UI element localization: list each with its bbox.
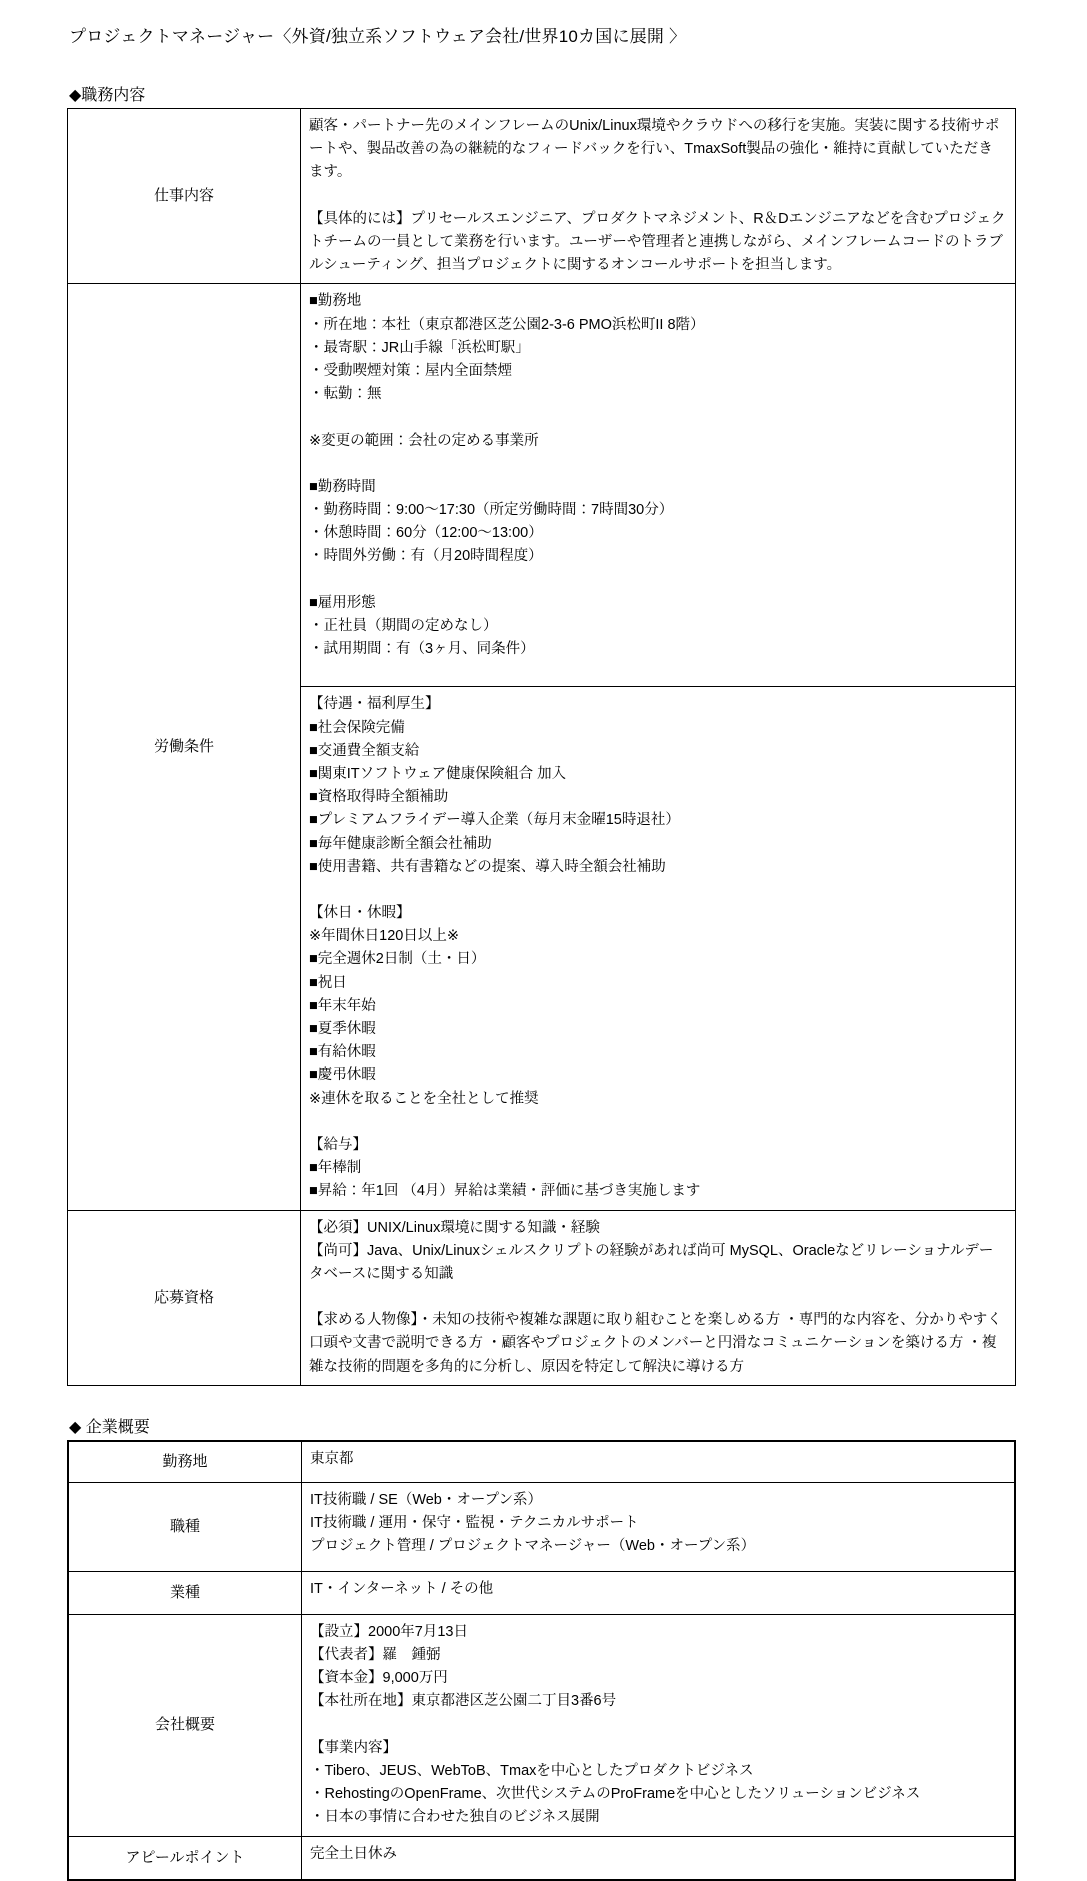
row-label-job-type: 職種 bbox=[68, 1482, 302, 1571]
section-heading-company-overview: ◆ 企業概要 bbox=[69, 1414, 1017, 1437]
row-label-working-conditions: 労働条件 bbox=[68, 284, 301, 1210]
table-row: アピールポイント 完全土日休み bbox=[68, 1836, 1015, 1880]
row-label-industry: 業種 bbox=[68, 1571, 302, 1614]
table-row: 労働条件 ■勤務地 ・所在地：本社（東京都港区芝公園2-3-6 PMO浜松町II… bbox=[68, 284, 1016, 687]
table-row: 職種 IT技術職 / SE（Web・オープン系） IT技術職 / 運用・保守・監… bbox=[68, 1482, 1015, 1571]
section-heading-job-description: ◆職務内容 bbox=[69, 82, 1017, 105]
cell-work-location: 東京都 bbox=[302, 1441, 1016, 1483]
row-label-appeal-point: アピールポイント bbox=[68, 1836, 302, 1880]
table-row: 業種 IT・インターネット / その他 bbox=[68, 1571, 1015, 1614]
cell-appeal-point: 完全土日休み bbox=[302, 1836, 1016, 1880]
row-label-work-location: 勤務地 bbox=[68, 1441, 302, 1483]
job-posting-document: プロジェクトマネージャー〈外資/独立系ソフトウェア会社/世界10カ国に展開 〉 … bbox=[67, 0, 1017, 1881]
table-row: 仕事内容 顧客・パートナー先のメインフレームのUnix/Linux環境やクラウド… bbox=[68, 109, 1016, 284]
page-title: プロジェクトマネージャー〈外資/独立系ソフトウェア会社/世界10カ国に展開 〉 bbox=[69, 26, 1017, 48]
cell-requirements: 【必須】UNIX/Linux環境に関する知識・経験 【尚可】Java、Unix/… bbox=[301, 1210, 1016, 1385]
cell-job-content: 顧客・パートナー先のメインフレームのUnix/Linux環境やクラウドへの移行を… bbox=[301, 109, 1016, 284]
row-label-requirements: 応募資格 bbox=[68, 1210, 301, 1385]
section-gap bbox=[67, 1386, 1017, 1414]
cell-working-conditions-benefits-holidays-salary: 【待遇・福利厚生】 ■社会保険完備 ■交通費全額支給 ■関東ITソフトウェア健康… bbox=[301, 687, 1016, 1210]
cell-job-type: IT技術職 / SE（Web・オープン系） IT技術職 / 運用・保守・監視・テ… bbox=[302, 1482, 1016, 1571]
row-label-job-content: 仕事内容 bbox=[68, 109, 301, 284]
job-description-table: 仕事内容 顧客・パートナー先のメインフレームのUnix/Linux環境やクラウド… bbox=[67, 108, 1016, 1386]
cell-company-profile: 【設立】2000年7月13日 【代表者】羅 鍾弼 【資本金】9,000万円 【本… bbox=[302, 1614, 1016, 1836]
company-overview-table: 勤務地 東京都 職種 IT技術職 / SE（Web・オープン系） IT技術職 /… bbox=[67, 1440, 1016, 1881]
row-label-company-profile: 会社概要 bbox=[68, 1614, 302, 1836]
table-row: 勤務地 東京都 bbox=[68, 1441, 1015, 1483]
cell-industry: IT・インターネット / その他 bbox=[302, 1571, 1016, 1614]
table-row: 応募資格 【必須】UNIX/Linux環境に関する知識・経験 【尚可】Java、… bbox=[68, 1210, 1016, 1385]
cell-working-conditions-location-hours: ■勤務地 ・所在地：本社（東京都港区芝公園2-3-6 PMO浜松町II 8階） … bbox=[301, 284, 1016, 687]
table-row: 会社概要 【設立】2000年7月13日 【代表者】羅 鍾弼 【資本金】9,000… bbox=[68, 1614, 1015, 1836]
